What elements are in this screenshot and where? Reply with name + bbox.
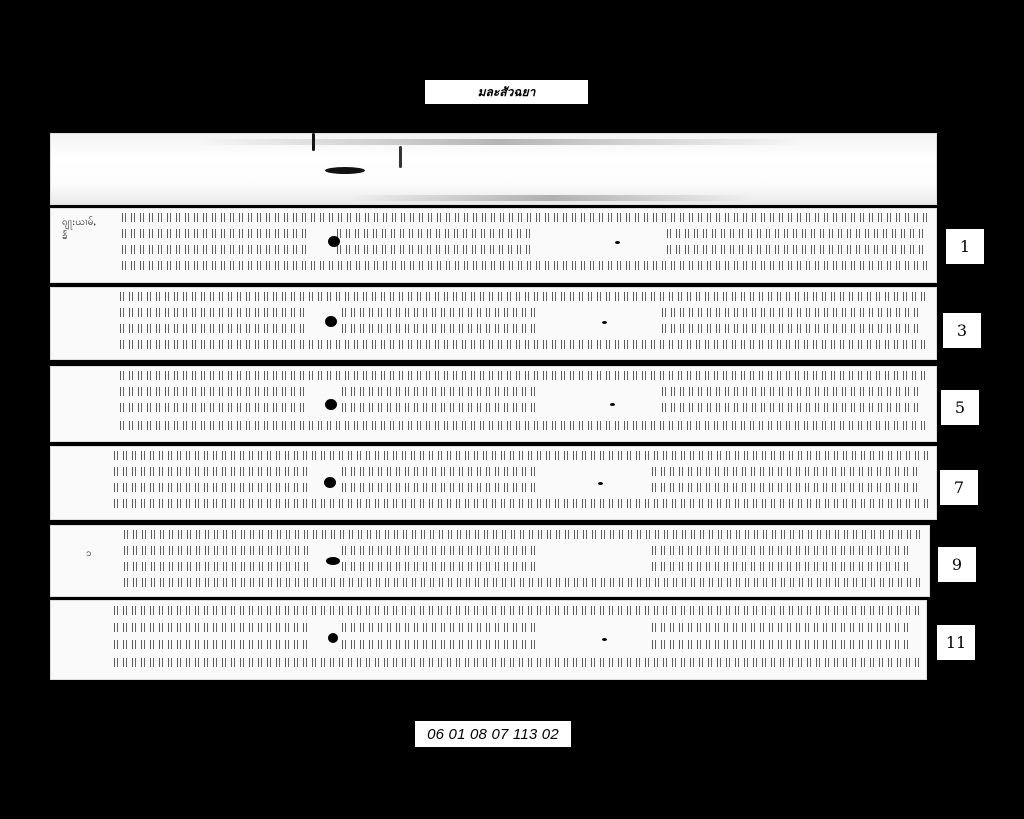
page-number-label: 5	[941, 390, 979, 425]
script-line	[112, 621, 312, 635]
script-line	[120, 211, 930, 225]
script-line	[120, 227, 310, 241]
script-line	[660, 401, 920, 415]
script-line	[660, 322, 920, 336]
catalog-id-label: 06 01 08 07 113 02	[415, 721, 571, 747]
binding-hole	[325, 399, 337, 410]
manuscript-leaf-7	[50, 446, 937, 520]
page-number-label: 11	[937, 625, 975, 660]
binding-hole	[325, 316, 337, 327]
binding-hole-small	[598, 482, 603, 485]
script-line	[118, 290, 930, 304]
ink-mark	[399, 146, 402, 168]
script-line	[118, 419, 930, 433]
script-line	[122, 544, 312, 558]
binding-hole-small	[615, 241, 620, 244]
script-line	[118, 401, 308, 415]
script-line	[120, 243, 310, 257]
binding-hole-small	[610, 403, 615, 406]
page-number-label: 1	[946, 229, 984, 264]
script-line	[118, 385, 308, 399]
script-line	[340, 638, 540, 652]
script-line	[118, 338, 930, 352]
blank-leaf	[50, 133, 937, 205]
script-line	[650, 621, 910, 635]
script-line	[112, 497, 930, 511]
page-number-label: 9	[938, 547, 976, 582]
script-line	[335, 243, 535, 257]
stain-streak	[200, 139, 800, 145]
script-line	[340, 306, 540, 320]
margin-note: ၵျႃ:ယၢမ်ႇ ၶႅ	[62, 216, 96, 244]
binding-hole	[326, 557, 340, 565]
manuscript-leaf-3	[50, 287, 937, 360]
manuscript-leaf-1: ၵျႃ:ယၢမ်ႇ ၶႅ	[50, 208, 937, 283]
manuscript-leaf-9: ၁	[50, 525, 930, 597]
script-line	[340, 322, 540, 336]
script-line	[340, 621, 540, 635]
script-line	[122, 560, 312, 574]
binding-hole	[324, 477, 336, 488]
page-number-label: 7	[940, 470, 978, 505]
binding-hole-small	[602, 321, 607, 324]
manuscript-title-label: มละสัวฉยา	[425, 80, 588, 104]
manuscript-leaf-5	[50, 366, 937, 442]
script-line	[112, 604, 920, 618]
page-number-label: 3	[943, 313, 981, 348]
script-line	[112, 638, 312, 652]
script-line	[665, 243, 925, 257]
script-line	[335, 227, 535, 241]
script-line	[112, 656, 920, 670]
script-line	[650, 638, 910, 652]
script-line	[650, 481, 920, 495]
binding-hole	[328, 633, 338, 643]
script-line	[340, 385, 540, 399]
script-line	[650, 465, 920, 479]
script-line	[650, 560, 910, 574]
script-line	[660, 385, 920, 399]
script-line	[660, 306, 920, 320]
script-line	[112, 465, 312, 479]
ink-stain	[325, 167, 365, 174]
stain-streak	[350, 195, 750, 201]
script-line	[118, 369, 930, 383]
binding-hole	[328, 236, 340, 247]
script-line	[118, 322, 308, 336]
script-line	[122, 528, 922, 542]
script-line	[665, 227, 925, 241]
script-line	[340, 481, 540, 495]
script-line	[340, 401, 540, 415]
script-line	[650, 544, 910, 558]
margin-note: ၁	[86, 547, 92, 561]
script-line	[118, 306, 308, 320]
script-line	[120, 259, 930, 273]
script-line	[340, 544, 540, 558]
script-line	[122, 576, 922, 590]
script-line	[340, 465, 540, 479]
binding-hole-small	[602, 638, 607, 641]
manuscript-leaf-11	[50, 600, 927, 680]
script-line	[340, 560, 540, 574]
script-line	[112, 449, 930, 463]
script-line	[112, 481, 312, 495]
